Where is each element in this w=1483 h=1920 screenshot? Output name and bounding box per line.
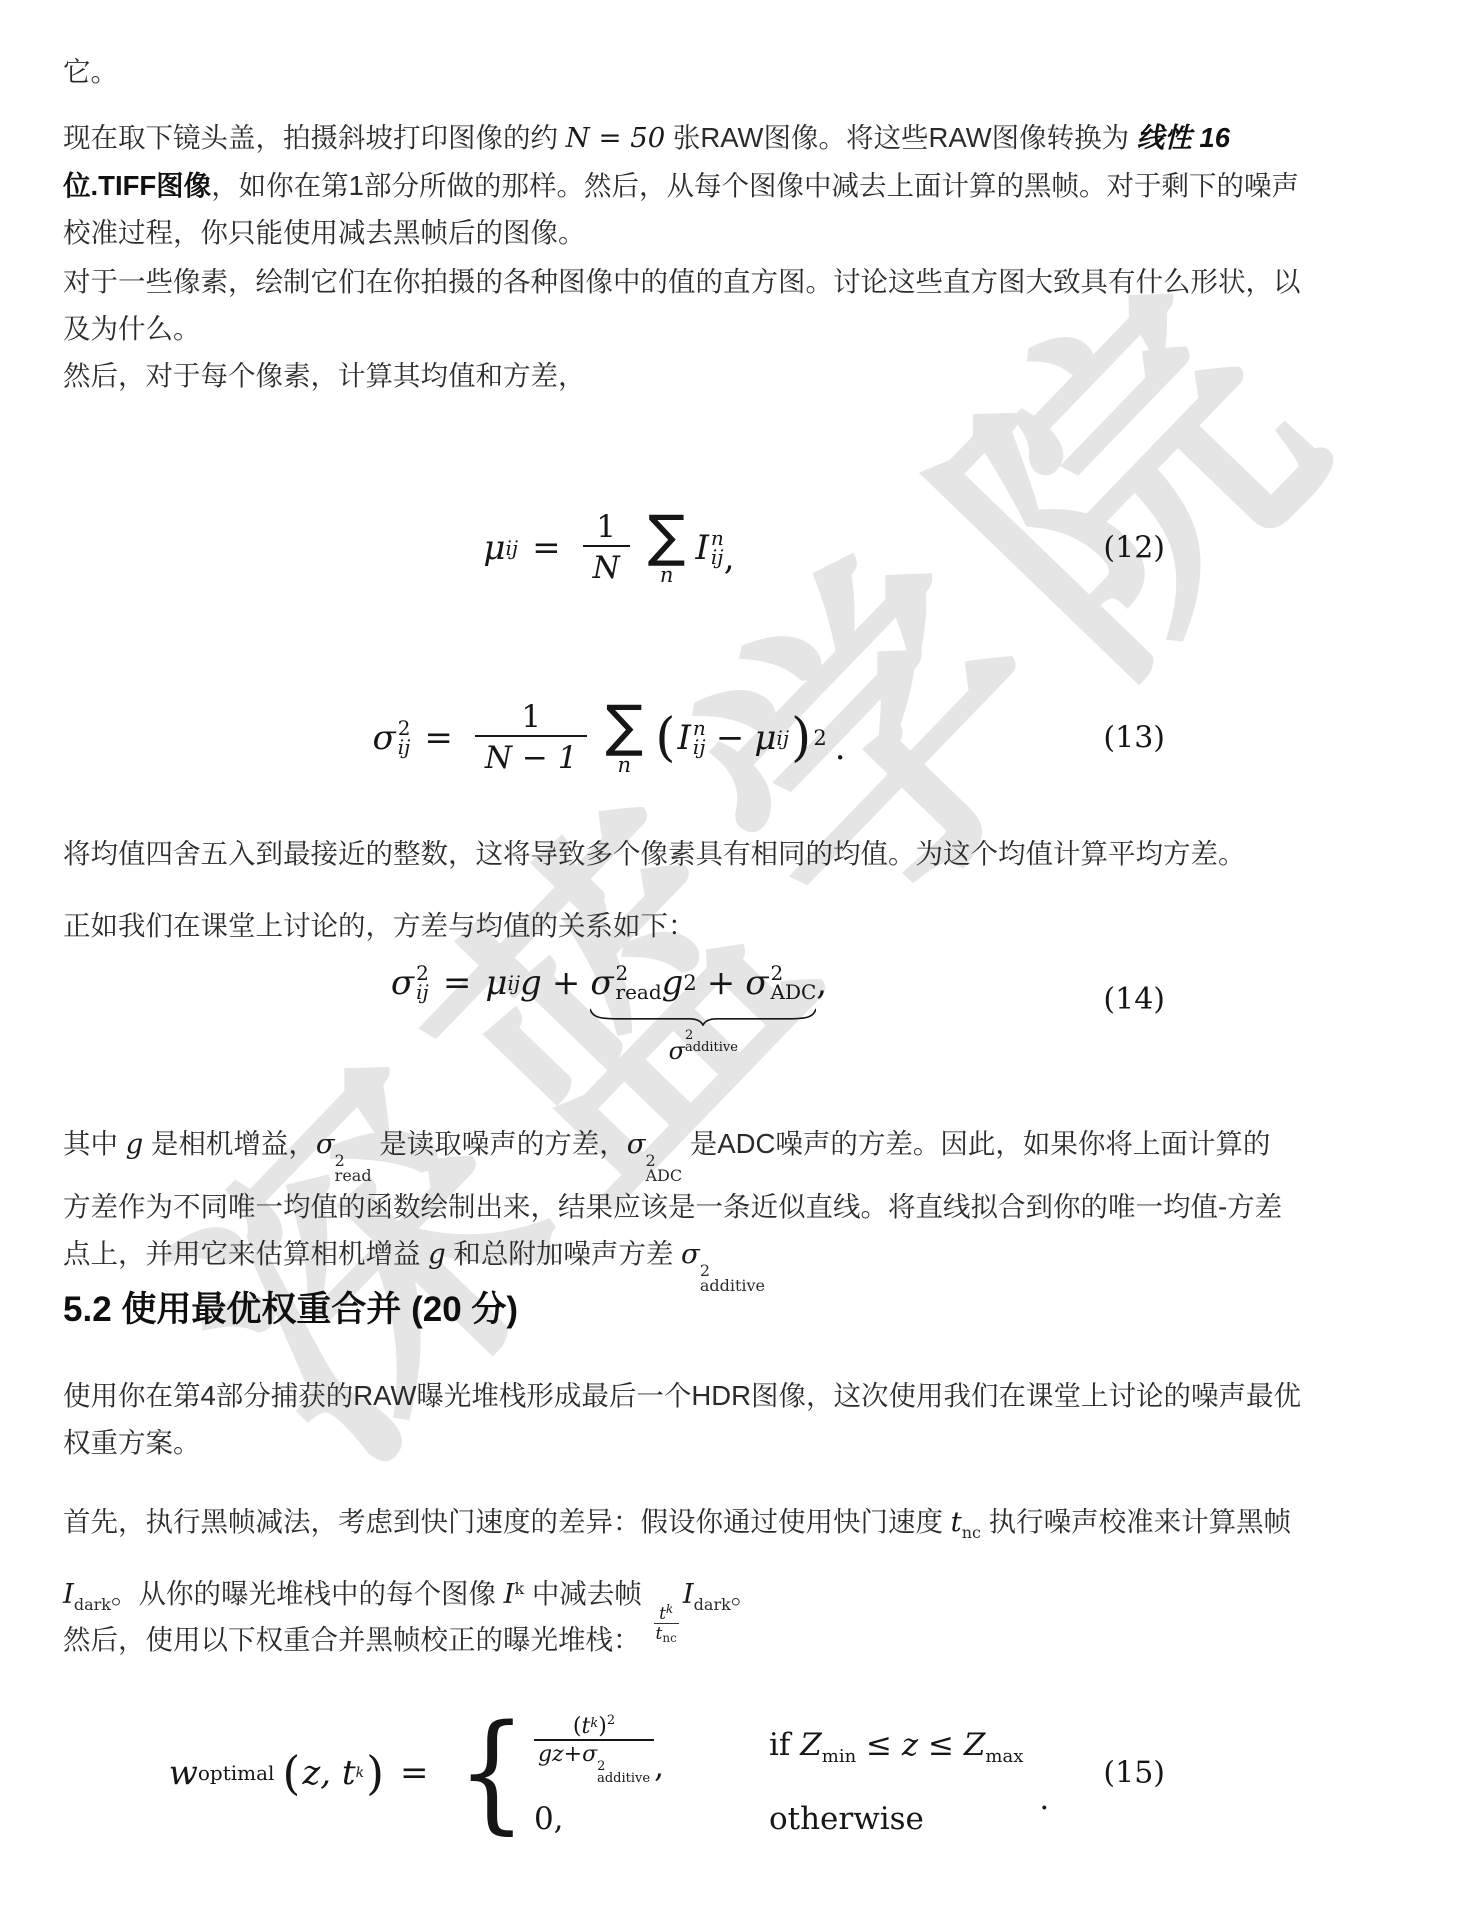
math-token: σ: [745, 960, 768, 1006]
equation-12: μij = 1 N ∑ n I n ij , (12): [63, 480, 1155, 616]
math-token: dark: [74, 1595, 111, 1614]
math-sigma-read: σ: [316, 1128, 335, 1160]
text-run: 使用你在第4部分捕获的RAW曝光堆栈形成最后一个HDR图像，这次使用我们在课堂上…: [63, 1380, 1301, 1411]
math-token: ): [598, 1714, 607, 1739]
math-token: 1: [586, 509, 626, 545]
math-token: ,: [654, 1749, 664, 1785]
math-token: additive: [597, 1773, 650, 1785]
equation-number: (12): [1103, 531, 1165, 566]
math-token: +: [552, 960, 581, 1006]
supsub: 2 ADC: [771, 964, 817, 1002]
underbrace-icon: [590, 1008, 816, 1026]
text-run: 首先，执行黑帧减法，考虑到快门速度的差异：假设你通过使用快门速度: [63, 1506, 951, 1537]
text-run: 张RAW图像。将这些RAW图像转换为: [665, 122, 1137, 153]
math-token: ≤ z ≤: [856, 1727, 964, 1763]
text-run: 。: [731, 1578, 759, 1609]
sum-operator: ∑ n: [605, 700, 643, 776]
math-token: =: [400, 1753, 429, 1793]
fraction: 1 N: [583, 509, 630, 587]
math-token: ij: [506, 536, 519, 560]
text-run: 是ADC噪声的方差。因此，如果你将上面计算的: [682, 1128, 1270, 1159]
supsub: 2 ij: [398, 719, 411, 757]
math-token: w: [169, 1753, 198, 1793]
section-heading-5-2: 5.2 使用最优权重合并 (20 分): [63, 1282, 518, 1332]
math-token: ADC: [646, 1168, 683, 1183]
underbrace-label: σ 2 additive: [669, 1028, 738, 1074]
supsub: 2ADC: [646, 1153, 683, 1183]
paren-close: ): [366, 1753, 384, 1793]
text-run: 及为什么。: [63, 313, 201, 344]
case-condition: otherwise: [769, 1801, 924, 1837]
paragraph-histograms: 对于一些像素，绘制它们在你拍摄的各种图像中的值的直方图。讨论这些直方图大致具有什…: [63, 258, 1355, 352]
math-token: g: [520, 960, 542, 1006]
equation-15-math: woptimal (z, tk) = { (tk)2 gz+σ2additive…: [169, 1709, 1049, 1837]
math-token: z, t: [302, 1753, 355, 1793]
paragraph-relation-intro: 正如我们在课堂上讨论的，方差与均值的关系如下：: [63, 902, 1355, 949]
math-token: μ: [754, 718, 776, 758]
text-linear-16: 线性 16: [1137, 122, 1230, 153]
math-token: read: [335, 1168, 372, 1183]
text-run: 是读取噪声的方差，: [372, 1128, 627, 1159]
math-token: −: [716, 718, 745, 758]
paragraph-it: 它。: [63, 48, 1355, 95]
math-token: nc: [962, 1523, 981, 1542]
math-N: N: [566, 122, 590, 154]
math-token: .: [1039, 1781, 1049, 1817]
case-row: (tk)2 gz+σ2additive , if Zmin ≤ z ≤ Zmax: [534, 1709, 1023, 1785]
math-token: read: [616, 983, 662, 1002]
math-token: +: [707, 960, 736, 1006]
supsub: 2 ij: [416, 964, 429, 1002]
math-token: gz: [538, 1742, 564, 1767]
supsub: 2additive: [700, 1263, 765, 1293]
math-token: μ: [485, 960, 507, 1006]
sigma-icon: ∑: [648, 510, 686, 564]
text-run: 其中: [63, 1128, 126, 1159]
paragraph-gain-explanation: 其中 g 是相机增益，σ2read 是读取噪声的方差，σ2ADC 是ADC噪声的…: [63, 1120, 1355, 1293]
math-token: ij: [776, 726, 789, 750]
text-run: 。从你的曝光堆栈中的每个图像: [111, 1578, 504, 1609]
math-token: =: [443, 960, 472, 1006]
text-run: 权重方案。: [63, 1427, 201, 1458]
case-expression: (tk)2 gz+σ2additive ,: [534, 1709, 769, 1785]
math-token: ij: [416, 983, 429, 1002]
math-token: ij: [711, 548, 724, 567]
math-token: max: [985, 1746, 1023, 1767]
equation-14: σ 2 ij = μijg + σ 2 read g2: [63, 960, 1155, 1100]
math-token: if: [769, 1727, 800, 1763]
fraction: (tk)2 gz+σ2additive: [534, 1709, 654, 1785]
equation-number: (15): [1103, 1755, 1165, 1790]
math-token: σ: [669, 1028, 685, 1074]
math-token: optimal: [198, 1761, 275, 1785]
text-run: 点上，并用它来估算相机增益: [63, 1238, 428, 1269]
math-g: g: [126, 1128, 144, 1160]
math-t-nc: t: [951, 1506, 962, 1538]
math-token: =: [532, 528, 561, 568]
text-run: 方差作为不同唯一均值的函数绘制出来，结果应该是一条近似直线。将直线拟合到你的唯一…: [63, 1191, 1282, 1222]
supsub: 2read: [335, 1153, 372, 1183]
supsub: 2 read: [616, 964, 662, 1002]
supsub: 2additive: [597, 1761, 650, 1785]
text-run: 中减去帧: [524, 1578, 649, 1609]
text-run: 和总附加噪声方差: [446, 1238, 681, 1269]
math-token: ij: [507, 960, 520, 1006]
equation-number: (13): [1103, 721, 1165, 756]
math-token: I: [677, 718, 690, 758]
math-token: .: [835, 728, 846, 768]
fraction: 1 N − 1: [475, 699, 588, 777]
math-token: σ: [582, 1742, 597, 1767]
paragraph-hdr-merge: 使用你在第4部分捕获的RAW曝光堆栈形成最后一个HDR图像，这次使用我们在课堂上…: [63, 1372, 1355, 1466]
text-run: 校准过程，你只能使用减去黑帧后的图像。: [63, 217, 586, 248]
equation-number: (14): [1103, 982, 1165, 1017]
math-token: ,: [724, 538, 735, 578]
math-sigma-additive: σ: [681, 1238, 700, 1270]
math-token: 2: [813, 726, 826, 750]
paragraph-capture-raw: 现在取下镜头盖，拍摄斜坡打印图像的约 N = 50 张RAW图像。将这些RAW图…: [63, 114, 1355, 256]
supsub: n ij: [693, 719, 706, 757]
math-token: k: [515, 1579, 525, 1598]
text-run: 执行噪声校准来计算黑帧: [981, 1506, 1291, 1537]
paren-close: ): [791, 718, 811, 758]
math-token: min: [822, 1746, 856, 1767]
math-token: additive: [700, 1278, 765, 1293]
sigma-icon: ∑: [605, 700, 643, 754]
math-token: N: [583, 545, 630, 587]
sum-operator: ∑ n: [648, 510, 686, 586]
underbrace-expression: σ 2 read g2 + σ 2 ADC: [590, 960, 816, 1006]
math-token: σ: [372, 718, 395, 758]
math-I-dark: I: [63, 1578, 74, 1610]
equation-15: woptimal (z, tk) = { (tk)2 gz+σ2additive…: [63, 1680, 1155, 1865]
math-token: N − 1: [475, 735, 588, 777]
case-condition: if Zmin ≤ z ≤ Zmax: [769, 1727, 1023, 1767]
math-token: (: [573, 1714, 582, 1739]
math-token: g: [662, 960, 684, 1006]
underbrace-group: σ 2 read g2 + σ 2 ADC: [590, 960, 816, 1074]
math-token: σ: [391, 960, 414, 1006]
math-token: ij: [398, 738, 411, 757]
text-run: 现在取下镜头盖，拍摄斜坡打印图像的约: [63, 122, 566, 153]
math-token: ij: [693, 738, 706, 757]
math-token: k: [356, 1765, 364, 1781]
math-token: μ: [483, 528, 505, 568]
math-token: gz+σ2additive: [534, 1739, 654, 1785]
math-token: k: [666, 1602, 673, 1616]
supsub: 2 additive: [685, 1030, 738, 1054]
paragraph-mean-variance: 然后，对于每个像素，计算其均值和方差，: [63, 352, 1355, 399]
math-eq-50: = 50: [590, 122, 666, 154]
math-token: =: [424, 718, 453, 758]
text-run: ，如你在第1部分所做的那样。然后，从每个图像中减去上面计算的黑帧。对于剩下的噪声: [211, 170, 1299, 201]
math-token: (tk)2: [573, 1709, 615, 1739]
math-token: 2: [607, 1713, 615, 1728]
equation-13-math: σ 2 ij = 1 N − 1 ∑ n ( I n ij: [372, 699, 845, 777]
cases-brace: {: [457, 1713, 526, 1833]
math-token: ADC: [771, 983, 817, 1002]
case-expression: 0,: [534, 1801, 769, 1837]
math-token: ,: [816, 960, 827, 1006]
math-sigma-adc: σ: [627, 1128, 646, 1160]
math-token: σ: [590, 960, 613, 1006]
math-I-dark: I: [683, 1578, 694, 1610]
case-row: 0, otherwise: [534, 1801, 1023, 1837]
equation-13: σ 2 ij = 1 N − 1 ∑ n ( I n ij: [63, 662, 1155, 814]
text-run: 是相机增益，: [143, 1128, 316, 1159]
supsub: n ij: [711, 529, 724, 567]
paren-open: (: [282, 1753, 300, 1793]
math-g: g: [428, 1238, 446, 1270]
math-token: Z: [964, 1727, 986, 1763]
text-run: 对于一些像素，绘制它们在你拍摄的各种图像中的值的直方图。讨论这些直方图大致具有什…: [63, 266, 1301, 297]
equation-14-math: σ 2 ij = μijg + σ 2 read g2: [391, 960, 827, 1074]
math-token: dark: [694, 1595, 731, 1614]
document-page: 深蓝学院 它。 现在取下镜头盖，拍摄斜坡打印图像的约 N = 50 张RAW图像…: [0, 0, 1483, 1920]
math-token: Z: [800, 1727, 822, 1763]
math-token: 2: [683, 960, 696, 1006]
paren-open: (: [655, 718, 675, 758]
cases-rows: (tk)2 gz+σ2additive , if Zmin ≤ z ≤ Zmax…: [534, 1709, 1023, 1837]
math-token: I: [695, 528, 708, 568]
text-tiff: 位.TIFF图像: [63, 170, 211, 201]
math-token: n: [618, 754, 632, 776]
math-token: additive: [685, 1042, 738, 1054]
math-token: 1: [511, 699, 551, 735]
math-token: n: [660, 564, 674, 586]
paragraph-round-mean: 将均值四舍五入到最接近的整数，这将导致多个像素具有相同的均值。为这个均值计算平均…: [63, 830, 1355, 877]
paragraph-weights-intro: 然后，使用以下权重合并黑帧校正的曝光堆栈：: [63, 1616, 1355, 1663]
math-I-k: I: [504, 1578, 515, 1610]
equation-12-math: μij = 1 N ∑ n I n ij ,: [483, 509, 734, 587]
math-token: +: [564, 1742, 582, 1767]
